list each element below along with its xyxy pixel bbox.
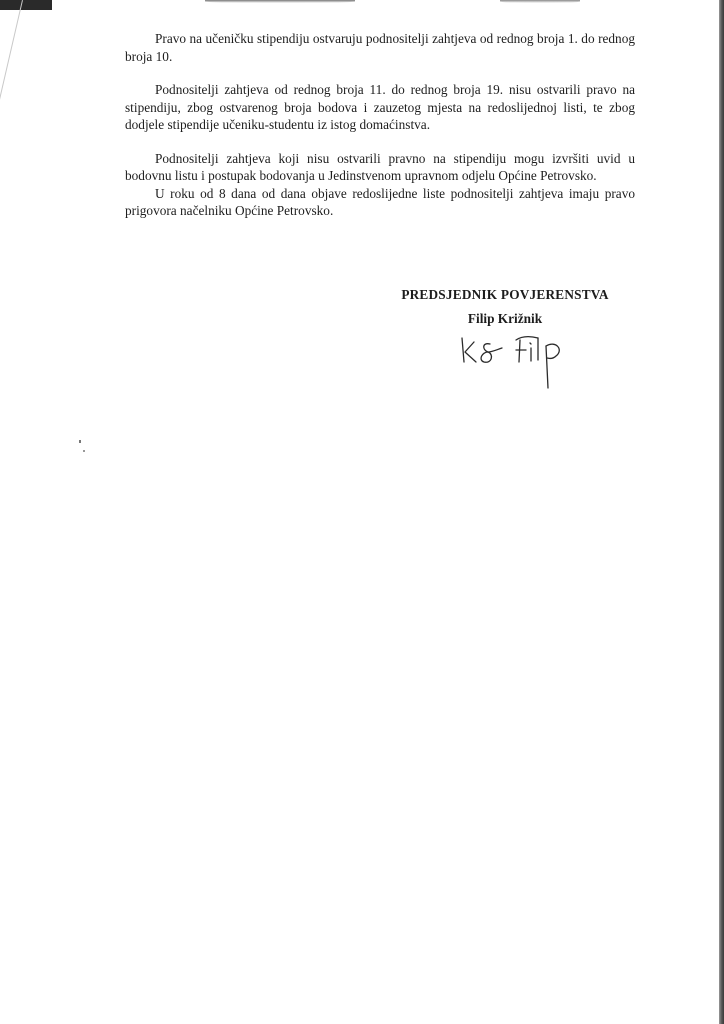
scan-artifact-corner — [0, 0, 52, 10]
paragraph-inspection: Podnositelji zahtjeva koji nisu ostvaril… — [125, 150, 635, 185]
scan-artifact-shadow — [500, 0, 580, 3]
paragraph-not-entitled: Podnositelji zahtjeva od rednog broja 11… — [125, 81, 635, 134]
paragraph-appeal: U roku od 8 dana od dana objave redoslij… — [125, 185, 635, 220]
scan-artifact-right-edge — [719, 0, 724, 1024]
paragraph-entitled: Pravo na učeničku stipendiju ostvaruju p… — [125, 30, 635, 65]
signatory-title: PREDSJEDNIK POVJERENSTVA — [360, 287, 650, 303]
handwritten-signature — [456, 330, 586, 405]
scan-speck — [83, 450, 85, 452]
signatory-name: Filip Križnik — [360, 311, 650, 327]
scan-artifact-shadow — [205, 0, 355, 3]
scan-artifact-edge — [0, 0, 23, 156]
document-body: Pravo na učeničku stipendiju ostvaruju p… — [125, 30, 635, 236]
signature-block: PREDSJEDNIK POVJERENSTVA Filip Križnik — [360, 287, 650, 327]
scan-speck — [79, 440, 81, 443]
